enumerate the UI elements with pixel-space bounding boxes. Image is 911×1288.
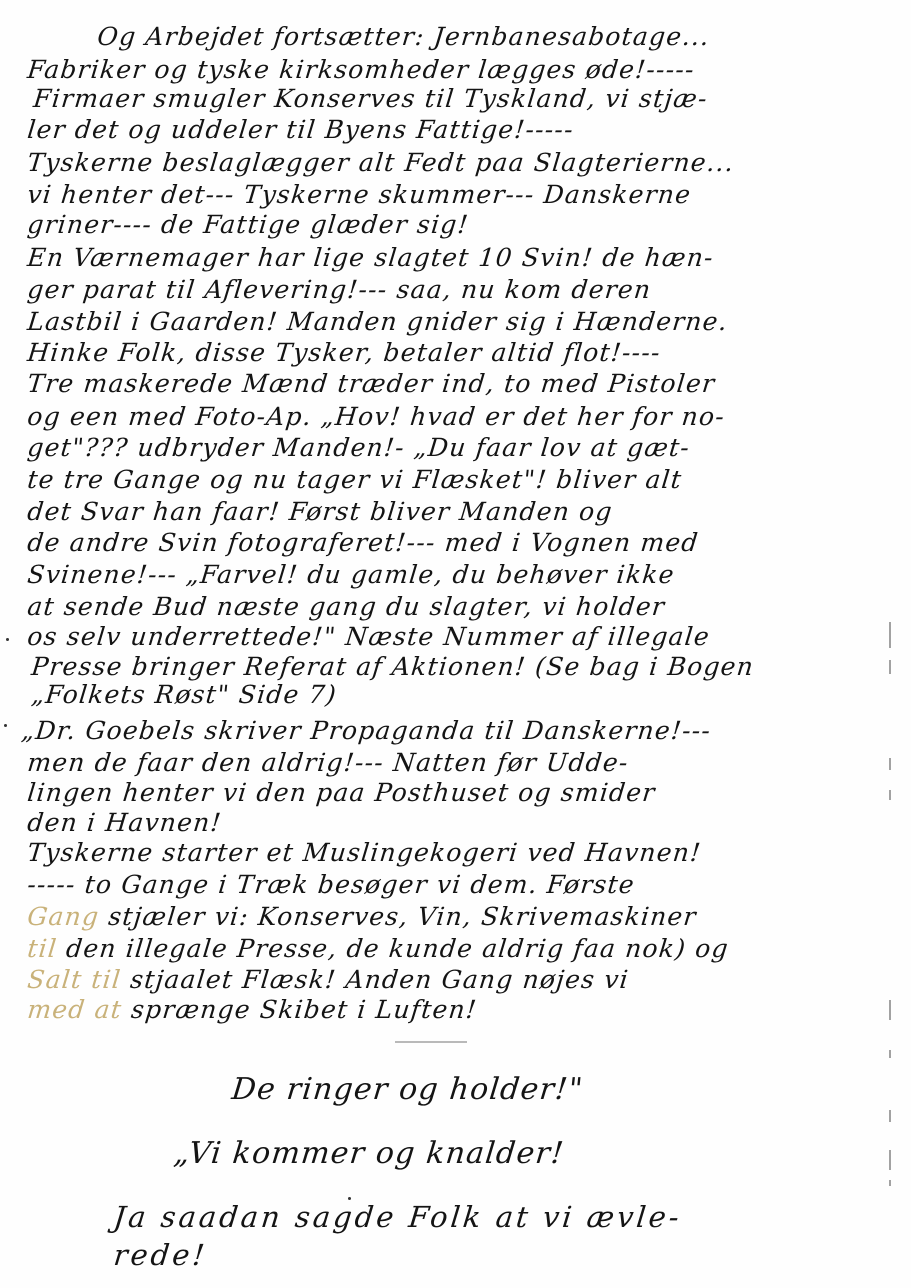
text-line: Hinke Folk, disse Tysker, betaler altid …: [26, 338, 662, 367]
text-line: get"??? udbryder Manden!- „Du faar lov a…: [26, 433, 692, 462]
text-rest: den illegale Presse, de kunde aldrig faa…: [65, 934, 731, 963]
text-line: Tyskerne starter et Muslingekogeri ved H…: [26, 838, 703, 867]
text-line: og een med Foto-Ap. „Hov! hvad er det he…: [26, 402, 727, 431]
scan-edge-mark: [889, 1050, 891, 1058]
stray-mark: [4, 724, 7, 727]
text-line: Svinene!--- „Farvel! du gamle, du behøve…: [26, 560, 676, 589]
faded-text: til: [26, 934, 59, 963]
text-line: det Svar han faar! Først bliver Manden o…: [26, 497, 614, 526]
text-line: vi henter det--- Tyskerne skummer--- Dan…: [26, 180, 693, 209]
text-line: os selv underrettede!" Næste Nummer af i…: [26, 622, 712, 651]
text-line: te tre Gange og nu tager vi Flæsket"! bl…: [26, 465, 684, 494]
text-line: Fabriker og tyske kirksomheder lægges ød…: [26, 55, 696, 84]
text-line: ----- to Gange i Træk besøger vi dem. Fø…: [26, 870, 636, 899]
section-divider: [395, 1041, 467, 1043]
text-line: ler det og uddeler til Byens Fattige!---…: [26, 115, 575, 144]
scan-edge-mark: [889, 1110, 891, 1122]
faded-text: med at: [26, 995, 124, 1024]
scan-edge-mark: [889, 1000, 891, 1020]
closing-line: Ja saadan sagde Folk at vi ævle-: [112, 1200, 684, 1234]
faded-text: Salt til: [26, 965, 123, 994]
text-line: Og Arbejdet fortsætter: Jernbanesabotage…: [96, 22, 711, 51]
text-line: med at sprænge Skibet i Luften!: [26, 995, 479, 1024]
text-line: til den illegale Presse, de kunde aldrig…: [26, 934, 730, 963]
stray-mark: [348, 1197, 351, 1200]
text-line: Salt til stjaalet Flæsk! Anden Gang nøje…: [26, 965, 630, 994]
stray-mark: [6, 638, 9, 641]
text-line: den i Havnen!: [26, 808, 223, 837]
scan-edge-mark: [889, 660, 891, 674]
scan-edge-mark: [889, 758, 891, 770]
text-line: Firmaer smugler Konserves til Tyskland, …: [32, 84, 709, 113]
text-line: „Folkets Røst" Side 7): [30, 680, 338, 709]
faded-text: Gang: [26, 902, 101, 931]
scan-edge-mark: [889, 1150, 891, 1170]
text-line: at sende Bud næste gang du slagter, vi h…: [26, 592, 667, 621]
text-line: En Værnemager har lige slagtet 10 Svin! …: [26, 243, 715, 272]
text-line: lingen henter vi den paa Posthuset og sm…: [26, 778, 657, 807]
text-line: Lastbil i Gaarden! Manden gnider sig i H…: [26, 307, 730, 336]
text-line: griner---- de Fattige glæder sig!: [26, 210, 470, 239]
text-line: Gang stjæler vi: Konserves, Vin, Skrivem…: [26, 902, 698, 931]
text-line: ger parat til Aflevering!--- saa, nu kom…: [26, 275, 653, 304]
text-rest: stjaalet Flæsk! Anden Gang nøjes vi: [129, 965, 631, 994]
closing-line: rede!: [112, 1238, 209, 1272]
text-rest: sprænge Skibet i Luften!: [130, 995, 479, 1024]
text-line: Presse bringer Referat af Aktionen! (Se …: [30, 652, 756, 681]
scan-edge-mark: [889, 1180, 891, 1186]
manuscript-page: Og Arbejdet fortsætter: Jernbanesabotage…: [0, 0, 911, 1288]
scan-edge-mark: [889, 622, 891, 648]
verse-line: „Vi kommer og knalder!: [172, 1136, 566, 1171]
verse-line: De ringer og holder!": [230, 1072, 585, 1107]
text-line: Tre maskerede Mænd træder ind, to med Pi…: [26, 369, 717, 398]
text-line: de andre Svin fotograferet!--- med i Vog…: [26, 528, 700, 557]
text-line: „Dr. Goebels skriver Propaganda til Dans…: [20, 716, 713, 745]
scan-edge-mark: [889, 790, 891, 800]
text-line: Tyskerne beslaglægger alt Fedt paa Slagt…: [26, 148, 736, 177]
text-rest: stjæler vi: Konserves, Vin, Skrivemaskin…: [107, 902, 698, 931]
text-line: men de faar den aldrig!--- Natten før Ud…: [26, 748, 630, 777]
